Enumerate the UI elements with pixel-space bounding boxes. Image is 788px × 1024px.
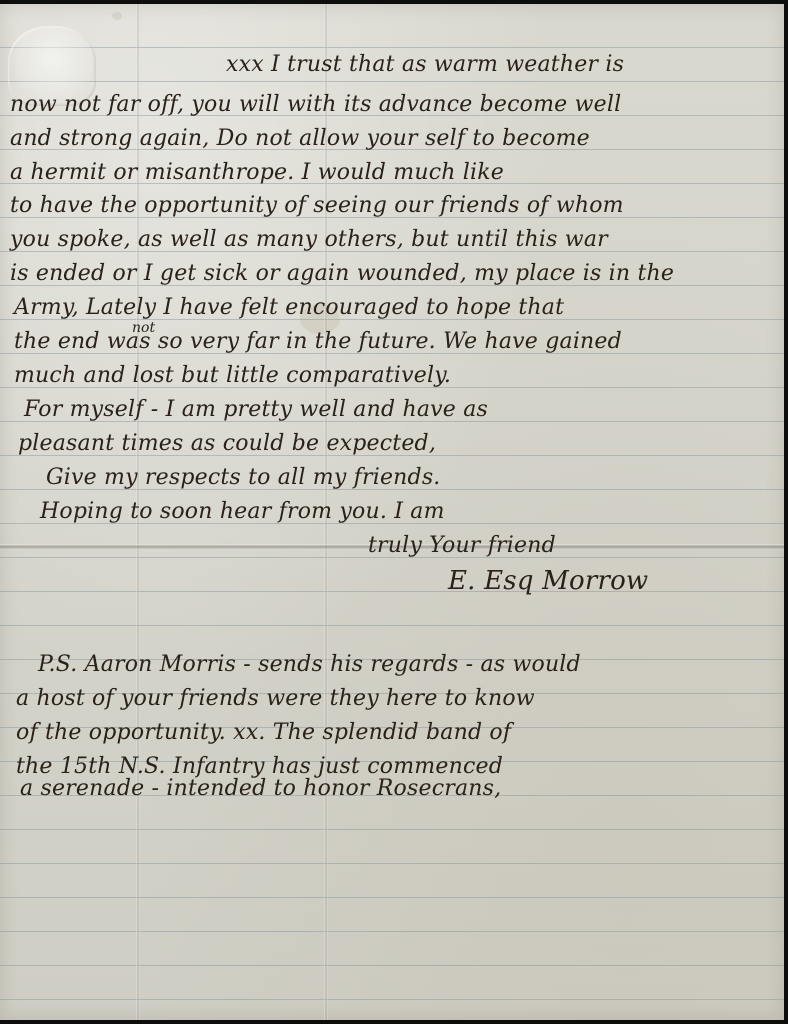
body-line: much and lost but little comparatively. (14, 363, 451, 388)
body-line: a hermit or misanthrope. I would much li… (10, 160, 504, 185)
body-line: is ended or I get sick or again wounded,… (10, 261, 674, 286)
closing: truly Your friend (368, 533, 556, 558)
body-line: the end was so very far in the future. W… (14, 329, 622, 354)
body-line: Give my respects to all my friends. (46, 465, 441, 490)
body-line: xxx I trust that as warm weather is (226, 52, 624, 77)
postscript-line: a host of your friends were they here to… (16, 686, 535, 711)
body-line: For myself - I am pretty well and have a… (24, 397, 488, 422)
body-line: Hoping to soon hear from you. I am (40, 499, 445, 524)
postscript-line: P.S. Aaron Morris - sends his regards - … (38, 652, 581, 677)
postscript-line: a serenade - intended to honor Rosecrans… (20, 776, 501, 801)
body-line: Army, Lately I have felt encouraged to h… (14, 295, 564, 320)
postscript-line: of the opportunity. xx. The splendid ban… (16, 720, 511, 745)
body-line: now not far off, you will with its advan… (10, 92, 621, 117)
body-line: you spoke, as well as many others, but u… (10, 227, 608, 252)
body-line: to have the opportunity of seeing our fr… (10, 193, 624, 218)
body-line: and strong again, Do not allow your self… (10, 126, 590, 151)
signature: E. Esq Morrow (448, 566, 648, 596)
letter-text: xxx I trust that as warm weather is now … (0, 0, 788, 1024)
body-line: pleasant times as could be expected, (18, 431, 436, 456)
